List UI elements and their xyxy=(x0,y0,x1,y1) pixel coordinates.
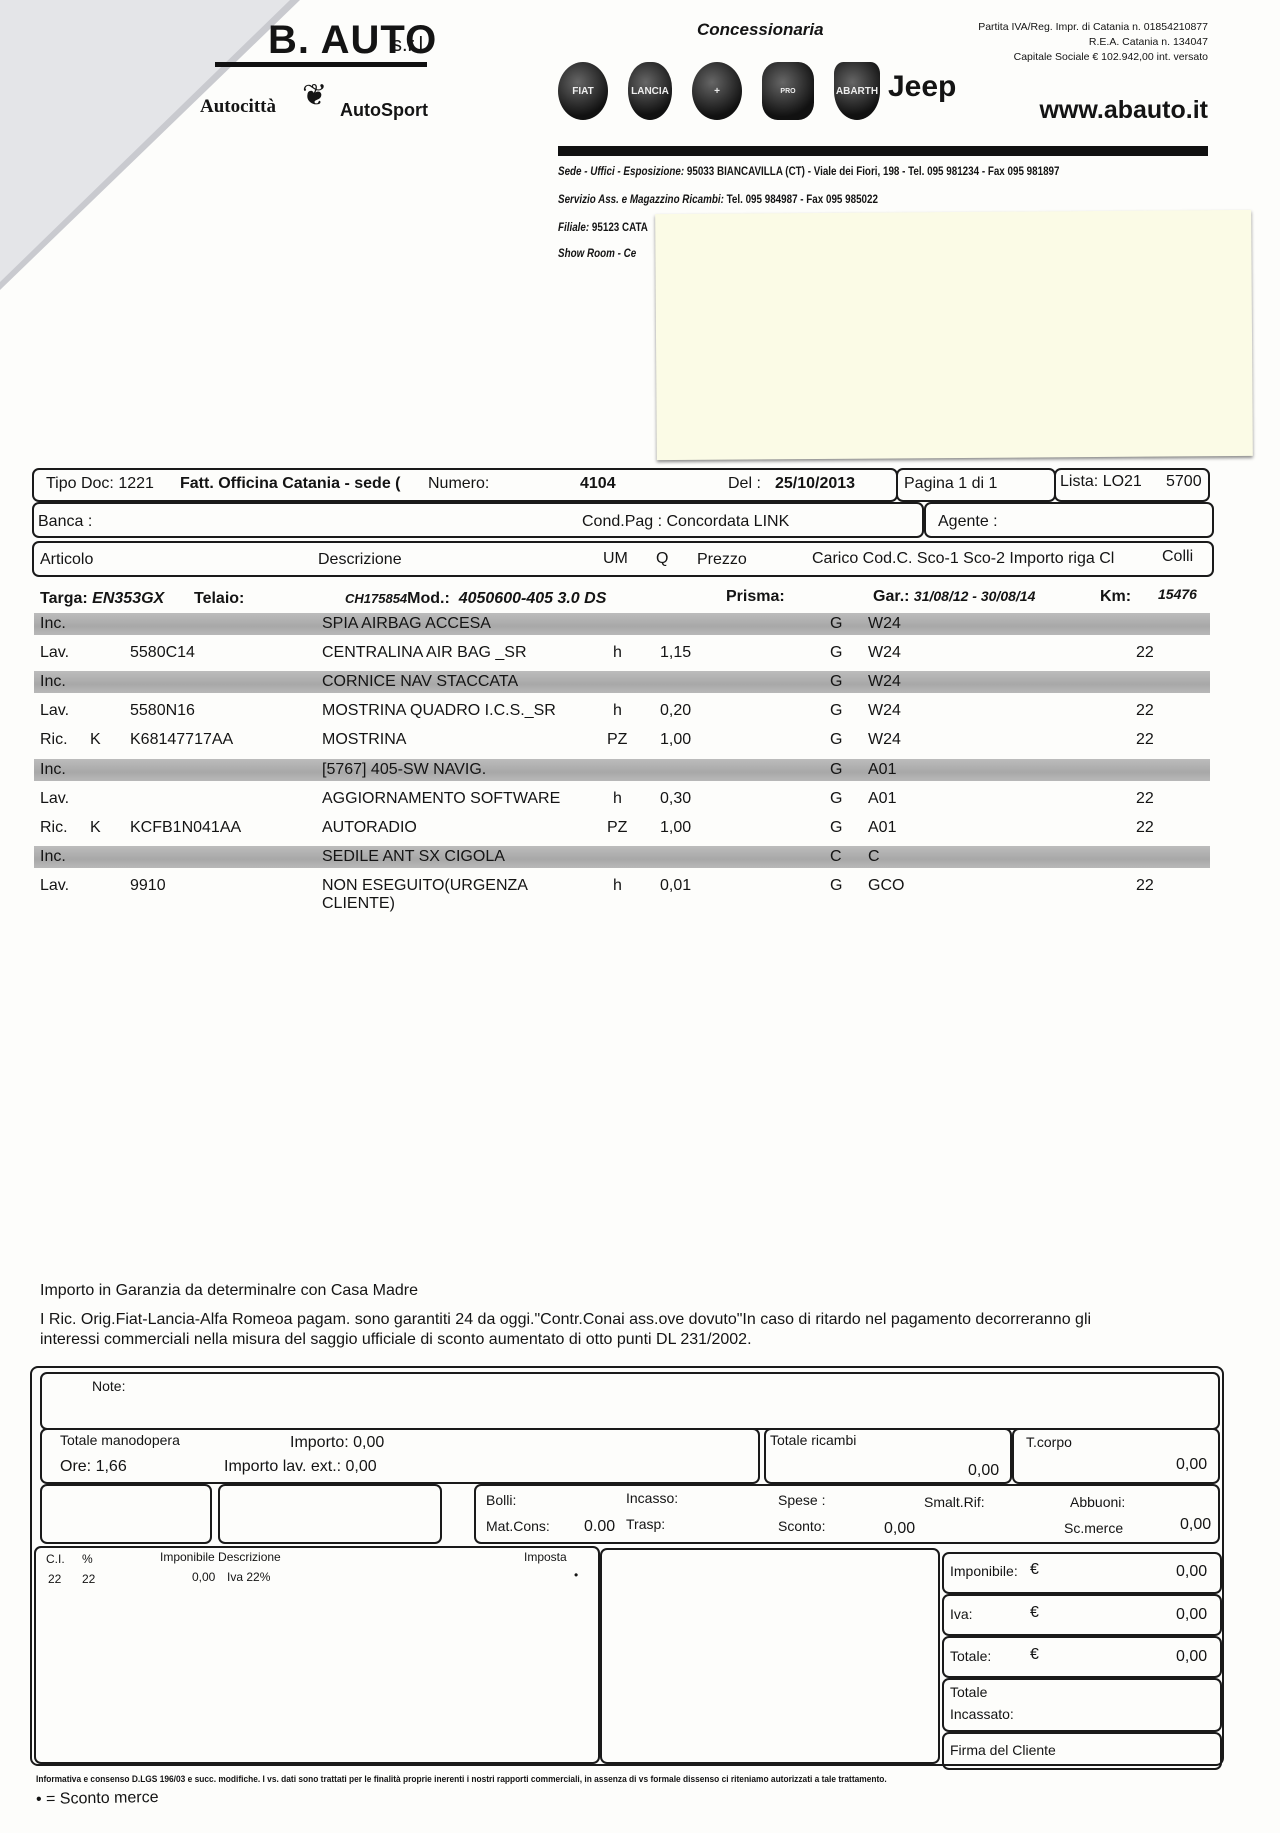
legal-rea: R.E.A. Catania n. 134047 xyxy=(1089,35,1208,49)
row-code: 5580N16 xyxy=(130,702,195,720)
row-shading xyxy=(34,759,1210,781)
row-codc: W24 xyxy=(868,731,901,749)
brand-logos: FIAT LANCIA + PRO ABARTH xyxy=(558,62,880,120)
row-carico: G xyxy=(830,644,842,662)
row-type: Inc. xyxy=(40,761,66,779)
telaio-mod: CH175854Mod.: 4050600-405 3.0 DS xyxy=(345,590,606,608)
row-description: MOSTRINA xyxy=(322,731,406,749)
row-code: K68147717AA xyxy=(130,731,233,749)
col-descrizione: Descrizione xyxy=(318,551,402,569)
km-value: 15476 xyxy=(1158,586,1197,602)
row-carico: G xyxy=(830,761,842,779)
iva-label: Iva: xyxy=(950,1606,973,1622)
row-type: Ric. xyxy=(40,731,68,749)
sub-brand-autosport: AutoSport xyxy=(340,100,428,121)
company-logo-suffix: s.r.l. xyxy=(392,34,429,57)
row-description: AUTORADIO xyxy=(322,819,417,837)
iva-row-desc: Iva 22% xyxy=(227,1570,270,1584)
row-type: Lav. xyxy=(40,702,69,720)
importo: Importo: 0,00 xyxy=(290,1434,384,1452)
imponibile-label: Imponibile: xyxy=(950,1563,1018,1579)
row-cl: 22 xyxy=(1136,702,1154,720)
del-label: Del : xyxy=(728,475,761,493)
sub-brand-autocitta: Autocittà xyxy=(200,96,276,118)
col-um: UM xyxy=(603,550,628,568)
row-code: KCFB1N041AA xyxy=(130,819,241,837)
row-description: NON ESEGUITO(URGENZA xyxy=(322,877,528,895)
row-q: 0,20 xyxy=(660,702,691,720)
row-carico: G xyxy=(830,790,842,808)
row-shading xyxy=(34,671,1210,693)
row-description: SPIA AIRBAG ACCESA xyxy=(322,615,491,633)
lista-label: Lista: LO21 xyxy=(1060,473,1142,491)
concessionaria-label: Concessionaria xyxy=(697,20,824,40)
cond-pag: Cond.Pag : Concordata LINK xyxy=(582,513,789,531)
incasso-label: Incasso: xyxy=(626,1490,678,1506)
row-codc: GCO xyxy=(868,877,904,895)
row-cl: 22 xyxy=(1136,731,1154,749)
row-k: K xyxy=(90,731,101,749)
iva-row-imposta: • xyxy=(574,1568,578,1582)
agente-label: Agente : xyxy=(938,513,998,531)
row-q: 1,15 xyxy=(660,644,691,662)
firma-label: Firma del Cliente xyxy=(950,1742,1056,1758)
row-codc: A01 xyxy=(868,790,896,808)
row-shading xyxy=(34,846,1210,868)
row-type: Lav. xyxy=(40,877,69,895)
col-q: Q xyxy=(656,550,668,568)
col-articolo: Articolo xyxy=(40,551,93,569)
row-codc: W24 xyxy=(868,673,901,691)
totale-incassato-label-1: Totale xyxy=(950,1684,987,1700)
tot-manodopera-label: Totale manodopera xyxy=(60,1432,180,1448)
legal-capital: Capitale Sociale € 102.942,00 int. versa… xyxy=(1014,50,1208,64)
row-carico: G xyxy=(830,615,842,633)
row-type: Ric. xyxy=(40,819,68,837)
numero-value: 4104 xyxy=(580,475,616,493)
row-carico: G xyxy=(830,819,842,837)
tot-ricambi-value: 0,00 xyxy=(968,1462,999,1480)
row-description: SEDILE ANT SX CIGOLA xyxy=(322,848,505,866)
iva-col-imposta: Imposta xyxy=(524,1550,567,1564)
totale-value: 0,00 xyxy=(1176,1648,1207,1666)
row-description: CENTRALINA AIR BAG _SR xyxy=(322,644,527,662)
euro-icon: € xyxy=(1030,1561,1039,1579)
imponibile-value: 0,00 xyxy=(1176,1563,1207,1581)
targa: Targa: EN353GX xyxy=(40,590,164,608)
tipo-doc: Tipo Doc: 1221 xyxy=(46,475,154,493)
iva-blank-box xyxy=(600,1548,940,1764)
sticky-note-redaction xyxy=(655,210,1253,460)
col-prezzo: Prezzo xyxy=(697,551,747,569)
scmerce-label: Sc.merce xyxy=(1064,1520,1123,1536)
row-description: CORNICE NAV STACCATA xyxy=(322,673,518,691)
terms-line-2: interessi commerciali nella misura del s… xyxy=(40,1331,752,1349)
alfa-romeo-logo-icon: + xyxy=(692,62,742,120)
header-divider xyxy=(558,146,1208,156)
logo-underline xyxy=(215,62,427,67)
row-q: 0,01 xyxy=(660,877,691,895)
fiat-professional-logo-icon: PRO xyxy=(762,62,814,120)
privacy-notice: Informativa e consenso D.LGS 196/03 e su… xyxy=(36,1774,887,1784)
fiat-logo-icon: FIAT xyxy=(558,62,608,120)
row-q: 1,00 xyxy=(660,731,691,749)
row-um: PZ xyxy=(607,731,627,749)
matcons-value: 0.00 xyxy=(584,1518,615,1536)
spese-label: Spese : xyxy=(778,1492,825,1508)
sconto-value: 0,00 xyxy=(884,1520,915,1538)
address-filiale: Filiale: 95123 CATA xyxy=(558,220,648,234)
address-servizio: Servizio Ass. e Magazzino Ricambi: Tel. … xyxy=(558,192,878,206)
row-um: h xyxy=(613,702,622,720)
sconto-merce-legend: • = Sconto merce xyxy=(36,1789,159,1809)
empty-box-2 xyxy=(218,1484,442,1544)
iva-col-pct: % xyxy=(82,1552,93,1566)
col-colli: Colli xyxy=(1162,548,1193,566)
del-value: 25/10/2013 xyxy=(775,475,855,493)
row-codc: C xyxy=(868,848,880,866)
importo-ext: Importo lav. ext.: 0,00 xyxy=(224,1458,377,1476)
row-um: h xyxy=(613,877,622,895)
row-description-cont: CLIENTE) xyxy=(322,895,395,913)
row-carico: G xyxy=(830,673,842,691)
row-codc: W24 xyxy=(868,644,901,662)
abbuoni-label: Abbuoni: xyxy=(1070,1494,1125,1510)
row-type: Inc. xyxy=(40,673,66,691)
row-type: Lav. xyxy=(40,644,69,662)
row-code: 9910 xyxy=(130,877,166,895)
iva-row-pct: 22 xyxy=(82,1572,95,1586)
row-k: K xyxy=(90,819,101,837)
row-cl: 22 xyxy=(1136,790,1154,808)
row-type: Inc. xyxy=(40,848,66,866)
row-um: PZ xyxy=(607,819,627,837)
totale-label: Totale: xyxy=(950,1648,991,1664)
iva-col-imponibile-desc: Imponibile Descrizione xyxy=(160,1550,281,1564)
lancia-logo-icon: LANCIA xyxy=(628,62,672,120)
tipo-doc-desc: Fatt. Officina Catania - sede ( xyxy=(180,475,400,493)
telaio-label: Telaio: xyxy=(194,590,244,608)
row-cl: 22 xyxy=(1136,877,1154,895)
row-description: MOSTRINA QUADRO I.C.S._SR xyxy=(322,702,556,720)
banca-box xyxy=(32,502,924,538)
row-q: 0,30 xyxy=(660,790,691,808)
address-showroom: Show Room - Ce xyxy=(558,246,636,260)
legal-vat: Partita IVA/Reg. Impr. di Catania n. 018… xyxy=(978,20,1208,34)
row-um: h xyxy=(613,644,622,662)
row-carico: G xyxy=(830,702,842,720)
garanzia-note: Importo in Garanzia da determinalre con … xyxy=(40,1282,418,1300)
terms-line-1: I Ric. Orig.Fiat-Lancia-Alfa Romeoa paga… xyxy=(40,1311,1091,1329)
website-link[interactable]: www.abauto.it xyxy=(1039,96,1208,125)
row-type: Inc. xyxy=(40,615,66,633)
bolli-label: Bolli: xyxy=(486,1492,516,1508)
trasp-label: Trasp: xyxy=(626,1516,665,1532)
pagina: Pagina 1 di 1 xyxy=(904,475,997,493)
heart-logo-icon: ❦ xyxy=(302,78,327,113)
matcons-label: Mat.Cons: xyxy=(486,1518,550,1534)
numero-label: Numero: xyxy=(428,475,489,493)
row-q: 1,00 xyxy=(660,819,691,837)
iva-row-ci: 22 xyxy=(48,1572,61,1586)
row-carico: C xyxy=(830,848,842,866)
iva-row-imponibile: 0,00 xyxy=(192,1570,215,1584)
tcorpo-label: T.corpo xyxy=(1026,1434,1072,1450)
tcorpo-value: 0,00 xyxy=(1176,1456,1207,1474)
row-codc: W24 xyxy=(868,615,901,633)
prisma-label: Prisma: xyxy=(726,588,785,606)
empty-box-1 xyxy=(40,1484,212,1544)
row-codc: A01 xyxy=(868,819,896,837)
row-cl: 22 xyxy=(1136,819,1154,837)
totale-incassato-label-2: Incassato: xyxy=(950,1706,1014,1722)
abarth-logo-icon: ABARTH xyxy=(834,62,880,120)
row-description: [5767] 405-SW NAVIG. xyxy=(322,761,486,779)
tot-ricambi-label: Totale ricambi xyxy=(770,1432,856,1448)
row-codc: W24 xyxy=(868,702,901,720)
row-cl: 22 xyxy=(1136,644,1154,662)
jeep-logo: Jeep xyxy=(888,70,956,104)
page-fold-highlight xyxy=(0,0,290,282)
col-carico-to-cl: Carico Cod.C. Sco-1 Sco-2 Importo riga C… xyxy=(812,550,1114,568)
ore: Ore: 1,66 xyxy=(60,1458,127,1476)
note-box xyxy=(40,1372,1220,1430)
row-shading xyxy=(34,613,1210,635)
row-code: 5580C14 xyxy=(130,644,195,662)
row-description: AGGIORNAMENTO SOFTWARE xyxy=(322,790,560,808)
iva-table-box xyxy=(34,1546,600,1764)
row-um: h xyxy=(613,790,622,808)
iva-value: 0,00 xyxy=(1176,1606,1207,1624)
row-codc: A01 xyxy=(868,761,896,779)
euro-icon: € xyxy=(1030,1604,1039,1622)
scmerce-value: 0,00 xyxy=(1180,1516,1211,1534)
smalt-rif-label: Smalt.Rif: xyxy=(924,1494,985,1510)
note-label: Note: xyxy=(92,1378,125,1394)
banca-label: Banca : xyxy=(38,513,92,531)
sconto-label: Sconto: xyxy=(778,1518,825,1534)
iva-col-ci: C.I. xyxy=(46,1552,65,1566)
lista-value: 5700 xyxy=(1166,473,1202,491)
km-label: Km: xyxy=(1100,588,1131,606)
euro-icon: € xyxy=(1030,1646,1039,1664)
address-sede: Sede - Uffici - Esposizione: 95033 BIANC… xyxy=(558,164,1060,178)
row-carico: G xyxy=(830,731,842,749)
row-carico: G xyxy=(830,877,842,895)
garanzia: Gar.: 31/08/12 - 30/08/14 xyxy=(873,588,1035,606)
row-type: Lav. xyxy=(40,790,69,808)
